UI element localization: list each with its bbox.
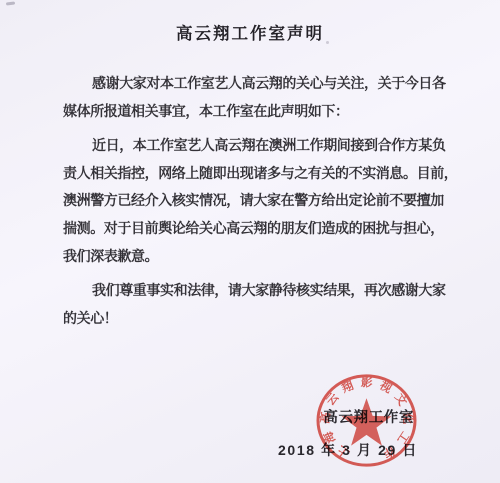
star-icon: [342, 398, 392, 445]
body-line: 媒体所报道相关事宜，本工作室在此声明如下：: [63, 98, 443, 126]
body-line: 近日，本工作室艺人高云翔在澳洲工作期间接到合作方某负: [63, 132, 443, 160]
studio-seal: 上海高云翔影视文化工作室: [313, 372, 420, 469]
body-line: 我们尊重事实和法律，请大家静待核实结果，再次感谢大家: [63, 277, 443, 305]
paragraph-1: 感谢大家对本工作室艺人高云翔的关心与关注，关于今日各 媒体所报道相关事宜，本工作…: [63, 70, 443, 125]
scanned-statement-page: 高云翔工作室声明 感谢大家对本工作室艺人高云翔的关心与关注，关于今日各 媒体所报…: [0, 0, 500, 483]
body-line: 感谢大家对本工作室艺人高云翔的关心与关注，关于今日各: [63, 70, 443, 98]
scan-artifact-dash: [6, 1, 15, 5]
body-line: 责人相关指控，网络上随即出现诸多与之有关的不实消息。目前，: [63, 160, 443, 188]
body-line: 揣测。对于目前舆论给关心高云翔的朋友们造成的困扰与担心，: [63, 215, 443, 243]
statement-body: 感谢大家对本工作室艺人高云翔的关心与关注，关于今日各 媒体所报道相关事宜，本工作…: [63, 70, 443, 332]
paragraph-3: 我们尊重事实和法律，请大家静待核实结果，再次感谢大家 的关心！: [63, 277, 443, 332]
body-line: 澳洲警方已经介入核实情况，请大家在警方给出定论前不要擅加: [63, 187, 443, 215]
body-line: 我们深表歉意。: [63, 243, 443, 271]
statement-title: 高云翔工作室声明: [0, 20, 500, 44]
body-line: 的关心！: [63, 305, 443, 333]
paragraph-2: 近日，本工作室艺人高云翔在澳洲工作期间接到合作方某负 责人相关指控，网络上随即出…: [63, 132, 443, 270]
